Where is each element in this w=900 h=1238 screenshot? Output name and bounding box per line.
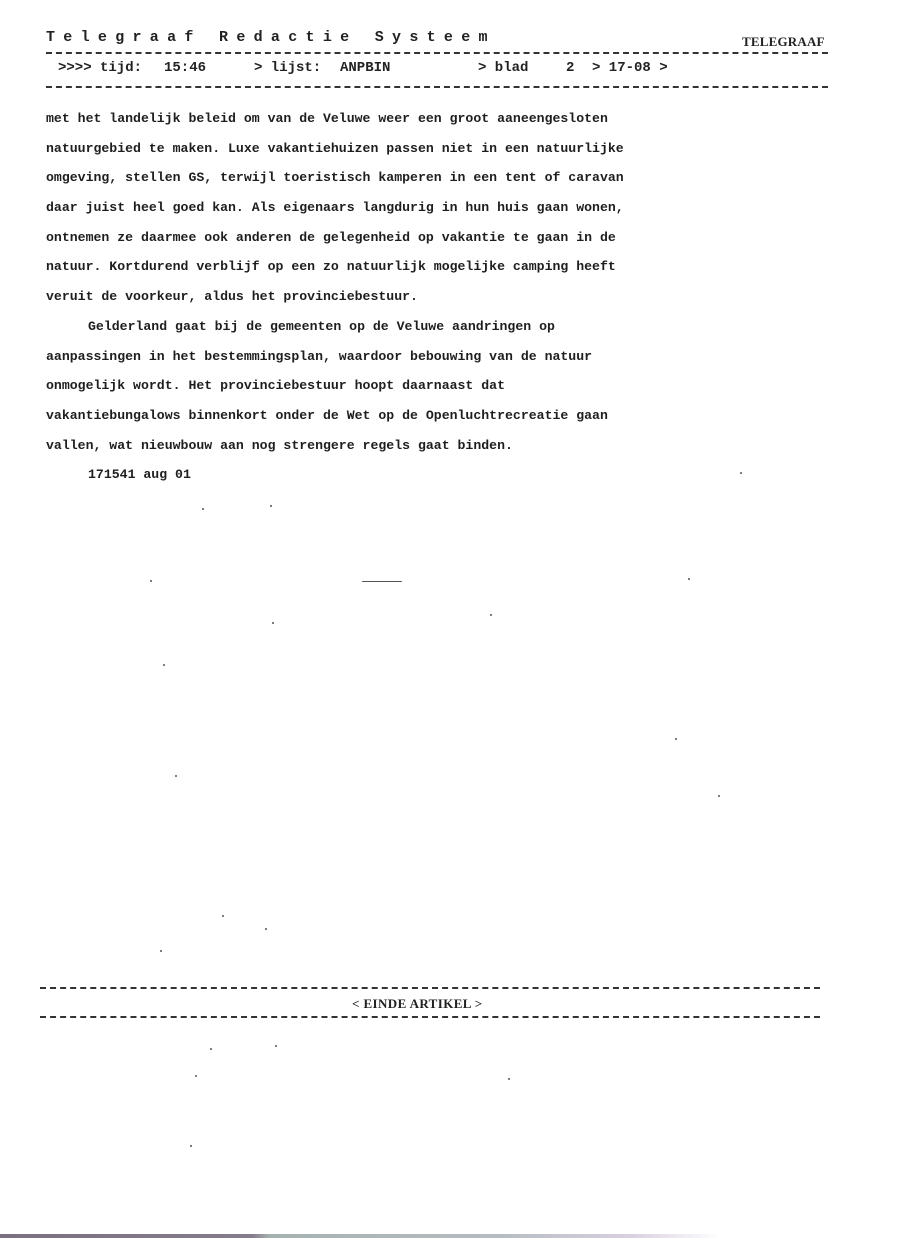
meta-page-label: > blad	[478, 60, 528, 76]
scan-speck	[160, 950, 162, 952]
footer-divider-top	[40, 987, 820, 989]
scan-speck	[740, 472, 742, 474]
scan-edge-artifact	[0, 1234, 900, 1238]
article-body: met het landelijk beleid om van de Veluw…	[46, 104, 806, 490]
scan-speck	[195, 1075, 197, 1077]
article-line: omgeving, stellen GS, terwijl toeristisc…	[46, 163, 806, 193]
article-line: aanpassingen in het bestemmingsplan, waa…	[46, 342, 806, 372]
scan-speck	[265, 928, 267, 930]
header-divider-bottom	[46, 86, 828, 88]
scan-speck	[362, 581, 402, 582]
scanned-page: Telegraaf Redactie Systeem TELEGRAAF >>>…	[0, 0, 900, 1238]
meta-date-label: > 17-08 >	[592, 60, 668, 76]
meta-prefix: >>>> tijd:	[58, 60, 142, 76]
scan-speck	[272, 622, 274, 624]
article-line: ontnemen ze daarmee ook anderen de geleg…	[46, 223, 806, 253]
header-divider-top	[46, 52, 828, 54]
article-line: natuur. Kortdurend verblijf op een zo na…	[46, 252, 806, 282]
end-of-article-label: < EINDE ARTIKEL >	[352, 996, 483, 1012]
article-dateline: 171541 aug 01	[46, 460, 806, 490]
scan-speck	[190, 1145, 192, 1147]
article-line: daar juist heel goed kan. Als eigenaars …	[46, 193, 806, 223]
scan-speck	[222, 915, 224, 917]
brand-logo: TELEGRAAF	[742, 34, 825, 50]
scan-speck	[275, 1045, 277, 1047]
scan-speck	[270, 505, 272, 507]
footer-divider-bottom	[40, 1016, 820, 1018]
scan-speck	[490, 614, 492, 616]
article-line: Gelderland gaat bij de gemeenten op de V…	[46, 312, 806, 342]
scan-speck	[718, 795, 720, 797]
scan-speck	[175, 775, 177, 777]
meta-time: 15:46	[164, 60, 206, 76]
scan-speck	[508, 1078, 510, 1080]
article-line: natuurgebied te maken. Luxe vakantiehuiz…	[46, 134, 806, 164]
article-line: vallen, wat nieuwbouw aan nog strengere …	[46, 431, 806, 461]
scan-speck	[210, 1048, 212, 1050]
scan-speck	[202, 508, 204, 510]
article-line: met het landelijk beleid om van de Veluw…	[46, 104, 806, 134]
article-line: veruit de voorkeur, aldus het provincieb…	[46, 282, 806, 312]
scan-speck	[688, 578, 690, 580]
article-line: onmogelijk wordt. Het provinciebestuur h…	[46, 371, 806, 401]
scan-speck	[163, 664, 165, 666]
system-title: Telegraaf Redactie Systeem	[46, 29, 496, 46]
meta-list-value: ANPBIN	[340, 60, 390, 76]
article-line: vakantiebungalows binnenkort onder de We…	[46, 401, 806, 431]
meta-list-label: > lijst:	[254, 60, 321, 76]
scan-speck	[675, 738, 677, 740]
scan-speck	[150, 580, 152, 582]
meta-page-value: 2	[566, 60, 574, 76]
